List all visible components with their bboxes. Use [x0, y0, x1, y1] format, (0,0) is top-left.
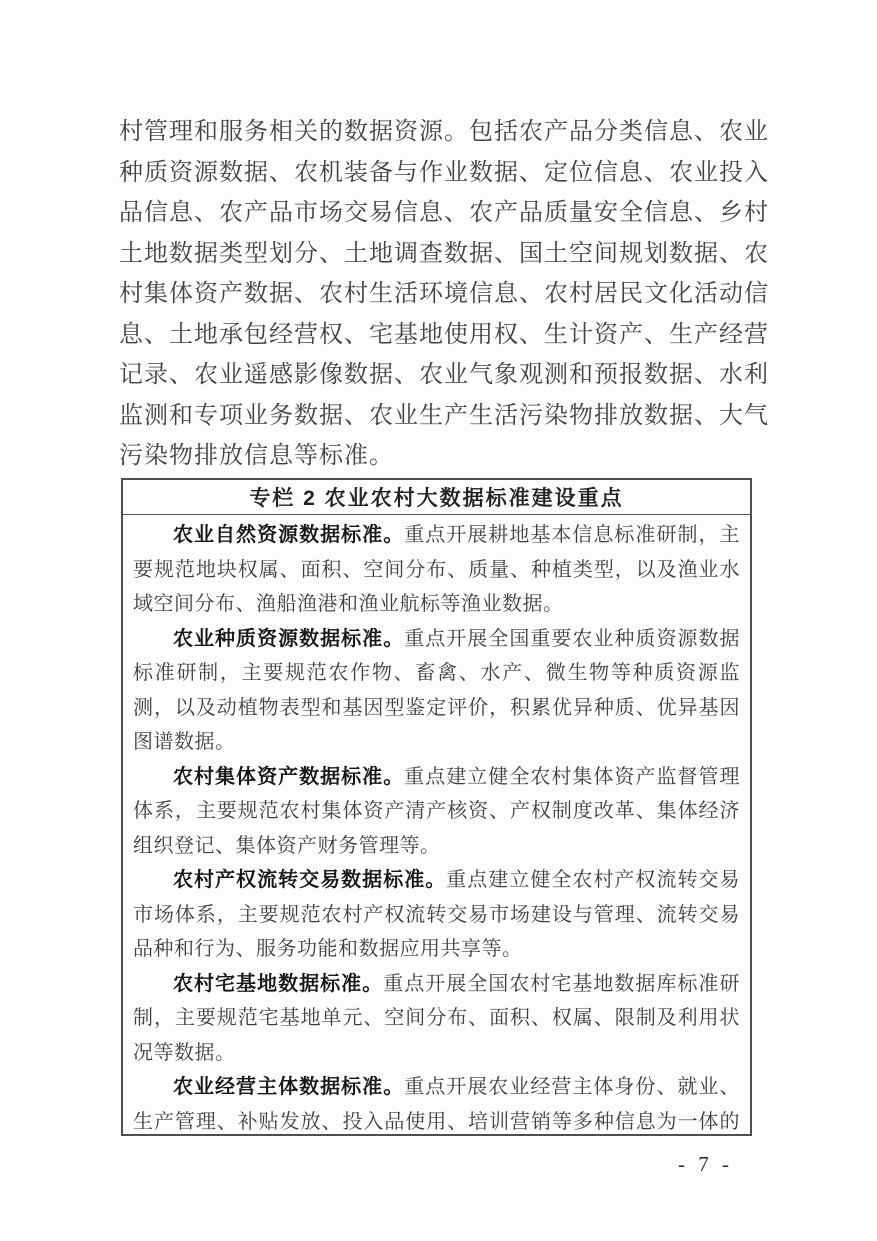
paragraph-lead: 农业经营主体数据标准。 — [173, 1076, 404, 1098]
document-page: 村管理和服务相关的数据资源。包括农产品分类信息、农业 种质资源数据、农机装备与作… — [0, 0, 877, 1241]
box-paragraph: 农业经营主体数据标准。重点开展农业经营主体身份、就业、生产管理、补贴发放、投入品… — [133, 1070, 740, 1136]
feature-box-content: 农业自然资源数据标准。重点开展耕地基本信息标准研制，主要规范地块权属、面积、空间… — [123, 515, 750, 1136]
feature-box-title: 专栏 2 农业农村大数据标准建设重点 — [249, 482, 623, 512]
box-paragraph: 农村产权流转交易数据标准。重点建立健全农村产权流转交易市场体系，主要规范农村产权… — [133, 863, 740, 967]
body-text-line: 土地数据类型划分、土地调查数据、国土空间规划数据、农 — [119, 234, 741, 275]
body-text-line: 记录、农业遥感影像数据、农业气象观测和预报数据、水利 — [119, 355, 741, 396]
paragraph-lead: 农村产权流转交易数据标准。 — [173, 869, 446, 891]
body-text-line: 监测和专项业务数据、农业生产生活污染物排放数据、大气 — [119, 396, 741, 437]
paragraph-lead: 农业自然资源数据标准。 — [173, 524, 404, 546]
paragraph-lead: 农业种质资源数据标准。 — [173, 628, 404, 650]
feature-box-title-row: 专栏 2 农业农村大数据标准建设重点 — [123, 480, 750, 515]
paragraph-lead: 农村集体资产数据标准。 — [173, 766, 404, 788]
box-paragraph: 农村宅基地数据标准。重点开展全国农村宅基地数据库标准研制，主要规范宅基地单元、空… — [133, 967, 740, 1071]
feature-box: 专栏 2 农业农村大数据标准建设重点 农业自然资源数据标准。重点开展耕地基本信息… — [121, 478, 752, 1136]
box-paragraph: 农业自然资源数据标准。重点开展耕地基本信息标准研制，主要规范地块权属、面积、空间… — [133, 518, 740, 622]
body-text-line: 品信息、农产品市场交易信息、农产品质量安全信息、乡村 — [119, 193, 741, 234]
paragraph-lead: 农村宅基地数据标准。 — [173, 973, 383, 995]
body-paragraph: 村管理和服务相关的数据资源。包括农产品分类信息、农业 种质资源数据、农机装备与作… — [119, 112, 741, 477]
body-text-line: 息、土地承包经营权、宅基地使用权、生计资产、生产经营 — [119, 315, 741, 356]
box-paragraph: 农业种质资源数据标准。重点开展全国重要农业种质资源数据标准研制，主要规范农作物、… — [133, 622, 740, 760]
box-paragraph: 农村集体资产数据标准。重点建立健全农村集体资产监督管理体系，主要规范农村集体资产… — [133, 760, 740, 864]
body-text-line: 种质资源数据、农机装备与作业数据、定位信息、农业投入 — [119, 153, 741, 194]
body-text-line: 村集体资产数据、农村生活环境信息、农村居民文化活动信 — [119, 274, 741, 315]
body-text-line: 村管理和服务相关的数据资源。包括农产品分类信息、农业 — [119, 112, 741, 153]
body-text-line: 污染物排放信息等标准。 — [119, 436, 741, 477]
page-number: - 7 - — [678, 1152, 733, 1177]
